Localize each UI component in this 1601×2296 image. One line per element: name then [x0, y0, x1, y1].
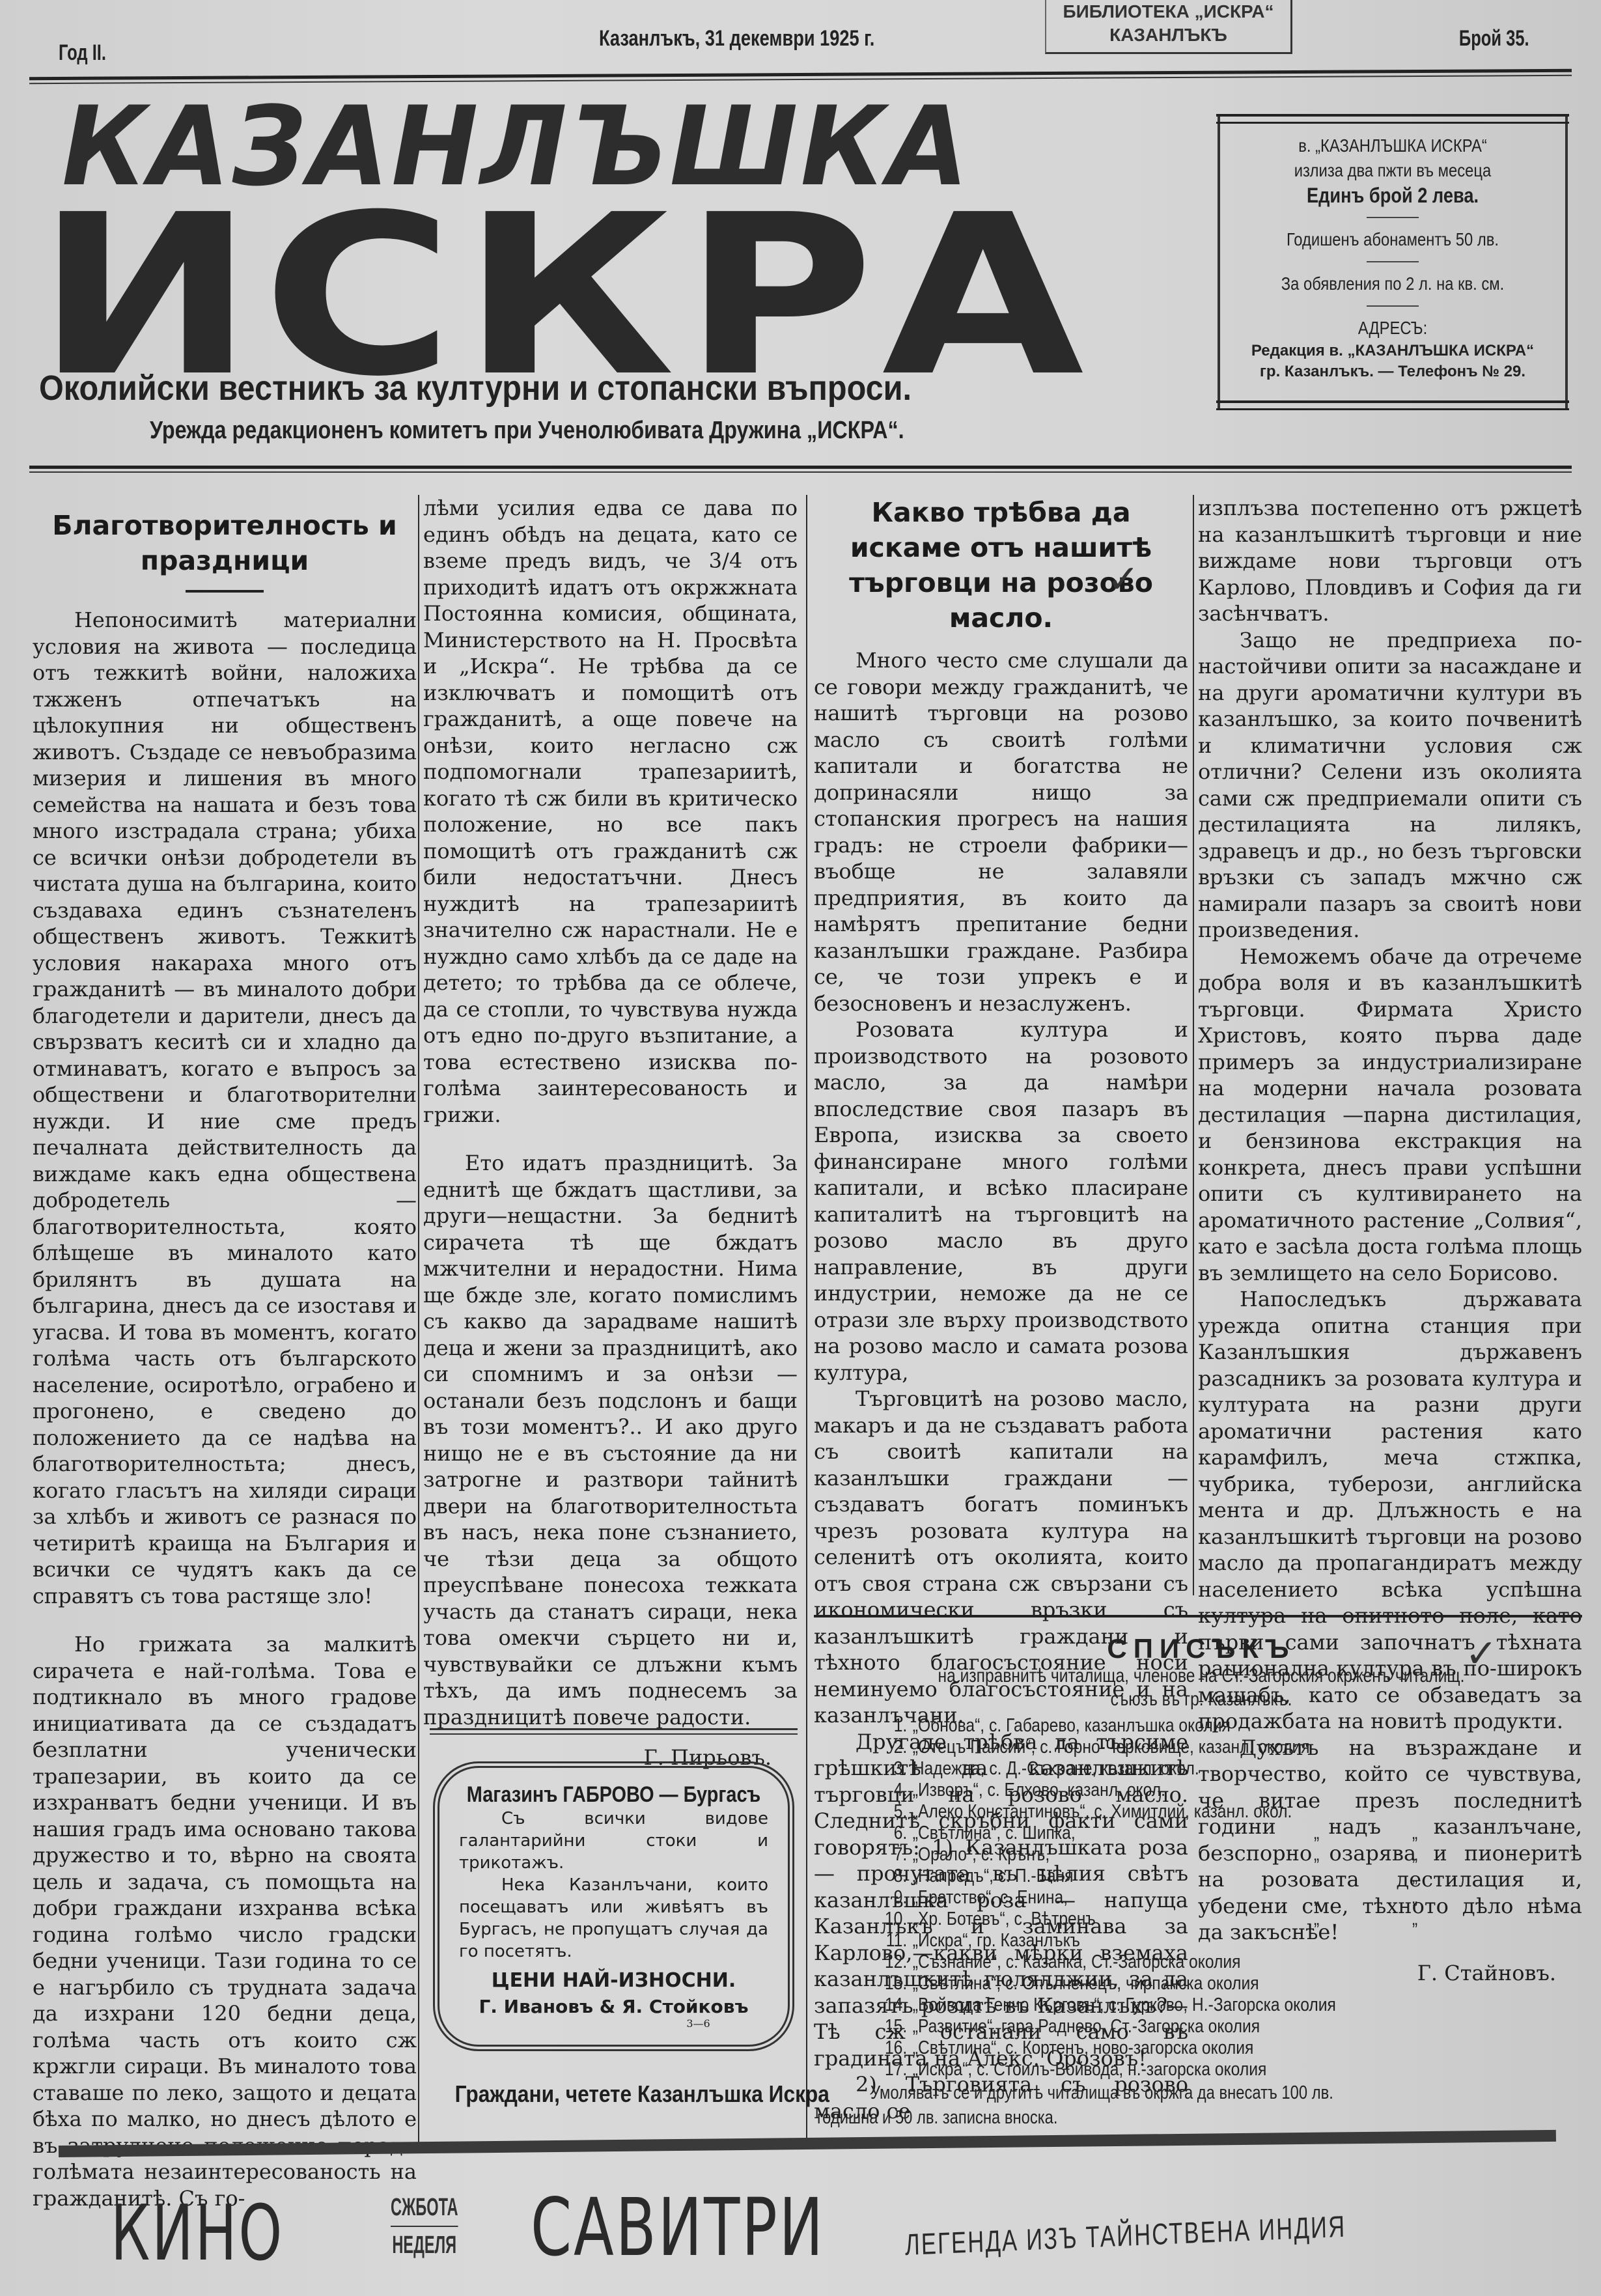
list-item: 8.„Напредъ“, с. П.-Баня„ „: [882, 1866, 1480, 1887]
article-charity-paragraph: Ето идатъ праздницитѣ. За еднитѣ ще бжда…: [423, 1150, 798, 1730]
ad-owners: Г. Ивановъ & Я. Стойковъ: [439, 1996, 788, 2017]
masthead-editorial-line: Урежда редакционенъ комитетъ при Ученолю…: [150, 417, 904, 445]
list-subtitle: на изправнитѣ читалища, членове на Ст.-З…: [886, 1664, 1516, 1688]
ad-prices: ЦЕНИ НАЙ-ИЗНОСНИ.: [439, 1969, 788, 1992]
list-item: 16.„Свѣтлина“, с. Кортенъ, ново-загорска…: [882, 2037, 1480, 2059]
info-separator: [1367, 305, 1419, 307]
list-item: 3.Надежда, с. Д.-Съхране, казанл. окол.: [882, 1758, 1480, 1780]
info-address-1: Редакция в. „КАЗАНЛЪШКА ИСКРА“: [1220, 341, 1565, 361]
list-item: 2.„Отецъ Паисий“, с. Горно-Черковище, ка…: [882, 1737, 1480, 1758]
stamp-line-1: БИБЛИОТЕКА „ИСКРА“: [1046, 0, 1290, 23]
list-item: 1.„Обнова“, с. Габарево, казанлъшка окол…: [882, 1715, 1480, 1737]
cinema-days: СЖБОТА НЕДЕЛЯ: [391, 2189, 458, 2263]
ad-code: 3—6: [609, 2017, 788, 2030]
article-charity-paragraph: лѣми усилия едва се дава по единъ обѣдъ …: [423, 495, 798, 1128]
year-label: Год II.: [59, 40, 106, 66]
column-divider: [418, 495, 419, 2142]
issue-date: Казанлъкъ, 31 декември 1925 г.: [599, 26, 874, 51]
info-frequency: излиза два пжти въ месеца: [1246, 158, 1540, 183]
list-item: 9.„Братство“, с. Енина,„ „: [882, 1887, 1480, 1909]
list-subtitle: съюзъ въ гр. Казанлъкъ.: [886, 1688, 1516, 1711]
film-title: САВИТРИ: [531, 2181, 825, 2274]
days-divider: [391, 2226, 458, 2227]
list-item: 14.„Войвода Генчо Кърговъ“, с. Гурково, …: [882, 1995, 1480, 2016]
cinema-label: КИНО: [111, 2188, 284, 2278]
info-subscription: Годишенъ абонаментъ 50 лв.: [1246, 227, 1540, 252]
list-note: годишна и 50 лв. записна вноска.: [817, 2105, 1447, 2130]
article-rose-oil-paragraph: изплъзва постепенно отъ ржцетѣ на казанл…: [1198, 495, 1582, 627]
cinema-day-sunday: НЕДЕЛЯ: [392, 2232, 456, 2259]
list-top-rule: [814, 1615, 1582, 1617]
info-paper-name: в. „КАЗАНЛЪШКА ИСКРА“: [1246, 133, 1540, 158]
info-address-2: гр. Казанлъкъ. — Телефонъ № 29.: [1220, 361, 1565, 382]
list-note: Умоляватъ се и другитѣ читалища въ окржг…: [817, 2080, 1447, 2105]
info-separator: [1367, 217, 1419, 218]
article-rose-oil-paragraph: Розовата култура и производството на роз…: [814, 1016, 1188, 1386]
list-item: 7.„Орало“, с. Крънъ,„ „: [882, 1844, 1480, 1866]
article-rose-oil-paragraph: Много често сме слушали да се говори меж…: [814, 647, 1188, 1016]
stamp-line-2: КАЗАНЛЪКЪ: [1046, 23, 1290, 47]
handwritten-check-icon: ✓: [1107, 557, 1139, 602]
article-charity-title: Благотворителность и праздници: [33, 508, 417, 578]
ad-text: Съ всички видове галантарийни стоки и тр…: [439, 1808, 788, 1874]
newspaper-page: Год II. Казанлъкъ, 31 декември 1925 г. Б…: [0, 0, 1601, 2296]
list-item: 10.„Хр. Ботевъ“, с. Вѣтренъ„ „: [882, 1909, 1480, 1930]
list-items: 1.„Обнова“, с. Габарево, казанлъшка окол…: [817, 1715, 1585, 2080]
article-rose-oil-paragraph: Неможемъ обаче да отречеме добра воля и …: [1198, 944, 1582, 1287]
shop-advertisement: Магазинъ ГАБРОВО — Бургасъ Съ всички вид…: [433, 1761, 794, 2051]
article-charity-paragraph: Непоносимитѣ материални условия на живот…: [33, 607, 417, 1609]
list-item: 13.„Свѣтлина“, с. Опълченецъ, чирпанска …: [882, 1973, 1480, 1995]
masthead-rule: [29, 466, 1572, 473]
info-address-label: АДРЕСЪ:: [1246, 316, 1540, 341]
masthead-title-main: ИСКРА: [36, 202, 1403, 391]
ad-text: Нека Казанлъчани, които посещаватъ или ж…: [439, 1874, 788, 1963]
list-item: 12.„Съзнание“, с. Казанка, Ст.-Загорска …: [882, 1952, 1480, 1973]
column-divider: [1193, 495, 1194, 1595]
reader-slogan: Граждани, четете Казанлъшка Искра: [455, 2080, 776, 2108]
article-charity-paragraph: Но грижата за малкитѣ сирачета е най-гол…: [33, 1631, 417, 2211]
header-rule: [29, 69, 1572, 84]
list-item: 15.„Развитие“, гара Раднево, Ст.-Загорск…: [882, 2016, 1480, 2037]
library-stamp: БИБЛИОТЕКА „ИСКРА“ КАЗАНЛЪКЪ: [1045, 0, 1292, 54]
subscription-infobox: в. „КАЗАНЛЪШКА ИСКРА“ излиза два пжти въ…: [1218, 114, 1568, 410]
cinema-day-saturday: СЖБОТА: [391, 2194, 458, 2221]
ad-top-rule: [430, 1728, 798, 1735]
title-underline: [186, 590, 264, 593]
issue-number: Брой 35.: [1459, 26, 1529, 51]
list-item: 11.„Искра“, гр. Казанлъкъ: [882, 1930, 1480, 1952]
info-ad-rates: За обявления по 2 л. на кв. см.: [1246, 272, 1540, 296]
info-separator: [1367, 261, 1419, 262]
column-divider: [806, 495, 807, 2142]
top-line: Год II. Казанлъкъ, 31 декември 1925 г. Б…: [52, 26, 1555, 65]
handwritten-check-icon: ✓: [1465, 1631, 1497, 1677]
film-tagline: ЛЕГЕНДА ИЗЪ ТАЙНСТВЕНА ИНДИЯ: [904, 2209, 1346, 2262]
ad-shop-name: Магазинъ ГАБРОВО — Бургасъ: [466, 1782, 762, 1808]
info-price: Единъ брой 2 лева.: [1246, 183, 1540, 208]
list-item: 4.„Изворъ“, с. Елхово, казанл. окол.: [882, 1780, 1480, 1801]
article-rose-oil-paragraph: Защо не предприеха по-настойчиви опити з…: [1198, 627, 1582, 944]
list-item: 5.„Алеко Константиновъ“, с. Химитлий, ка…: [882, 1801, 1480, 1823]
reading-rooms-list: СПИСЪКЪ на изправнитѣ читалища, членове …: [817, 1621, 1585, 2130]
article-charity-column: Благотворителность и праздници Непоносим…: [33, 495, 417, 2211]
list-item: 6.„Свѣтлина“, с. Шипка,„ „: [882, 1823, 1480, 1844]
list-item: 17.„Искра“, с. Стоилъ-Войвода, н.-загорс…: [882, 2059, 1480, 2080]
masthead-subtitle: Околийски вестникъ за културни и стопанс…: [39, 368, 912, 408]
article-charity-continuation: лѣми усилия едва се дава по единъ обѣдъ …: [423, 495, 798, 1771]
